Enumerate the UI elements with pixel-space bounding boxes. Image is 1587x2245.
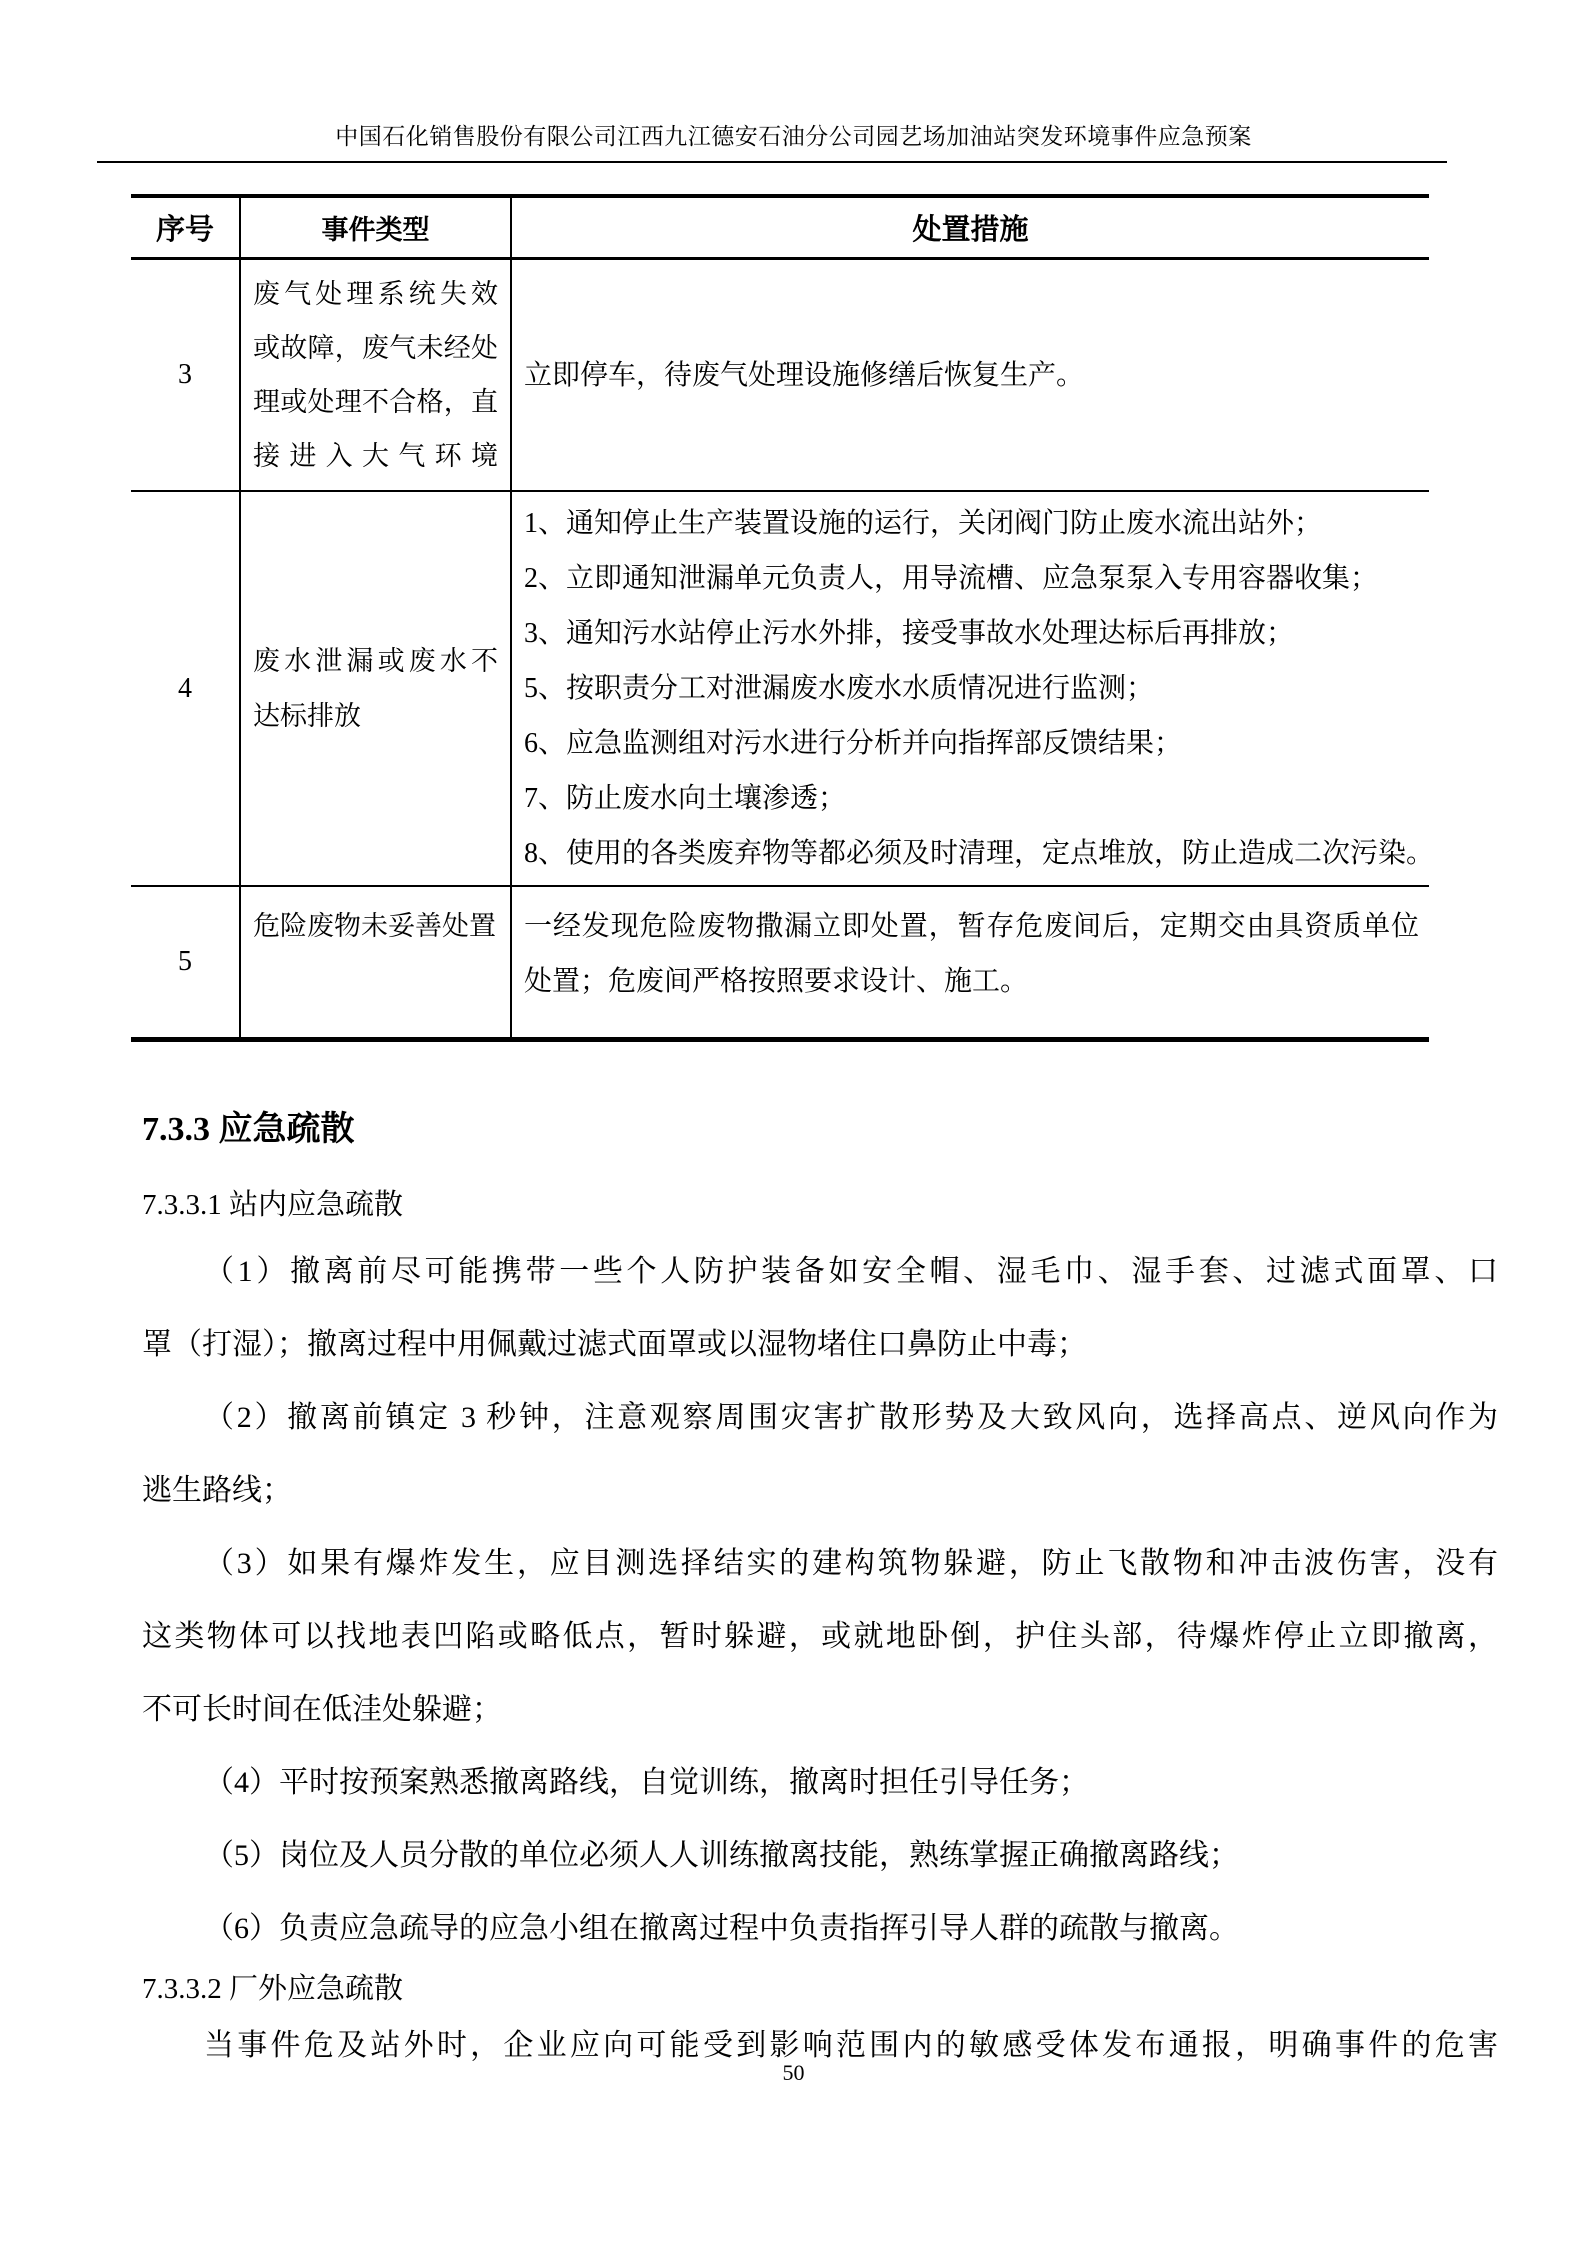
section-heading: 7.3.3 应急疏散 (142, 1108, 1498, 1152)
type-line: 或故障，废气未经处 (253, 321, 498, 375)
header-rule (97, 161, 1447, 163)
event-type-cell: 废水泄漏或废水不 达标排放 (241, 492, 512, 885)
type-line: 废气处理系统失效 (253, 267, 498, 321)
body-line: （1）撤离前尽可能携带一些个人防护装备如安全帽、湿毛巾、湿手套、过滤式面罩、口 (142, 1235, 1498, 1308)
running-header-title: 中国石化销售股份有限公司江西九江德安石油分公司园艺场加油站突发环境事件应急预案 (0, 118, 1587, 151)
body-line: 逃生路线； (142, 1454, 1498, 1527)
body-line: 这类物体可以找地表凹陷或略低点，暂时躲避，或就地卧倒，护住头部，待爆炸停止立即撤… (142, 1600, 1498, 1673)
type-line: 理或处理不合格，直 (253, 375, 498, 429)
table-row: 5 危险废物未妥善处置 一经发现危险废物撒漏立即处置，暂存危废间后，定期交由具资… (131, 885, 1429, 1037)
header-cell-no: 序号 (131, 198, 241, 257)
measure-line: 1、通知停止生产装置设施的运行，关闭阀门防止废水流出站外； (524, 496, 1419, 551)
measure-line: 5、按职责分工对泄漏废水废水水质情况进行监测； (524, 661, 1419, 716)
body-text-block: 7.3.3 应急疏散 7.3.3.1 站内应急疏散 （1）撤离前尽可能携带一些个… (142, 1108, 1498, 2082)
table-row: 4 废水泄漏或废水不 达标排放 1、通知停止生产装置设施的运行，关闭阀门防止废水… (131, 490, 1429, 885)
measure-line: 一经发现危险废物撒漏立即处置，暂存危废间后，定期交由具资质单位处置；危废间严格按… (524, 899, 1419, 1009)
row-number: 5 (131, 887, 241, 1037)
event-type-cell: 危险废物未妥善处置 (241, 887, 512, 1037)
header-cell-measure: 处置措施 (512, 198, 1429, 257)
measure-line: 8、使用的各类废弃物等都必须及时清理，定点堆放，防止造成二次污染。 (524, 826, 1419, 881)
measure-line: 6、应急监测组对污水进行分析并向指挥部反馈结果； (524, 716, 1419, 771)
table-row: 3 废气处理系统失效 或故障，废气未经处 理或处理不合格，直 接进入大气环境 立… (131, 260, 1429, 490)
measures-cell: 一经发现危险废物撒漏立即处置，暂存危废间后，定期交由具资质单位处置；危废间严格按… (512, 887, 1429, 1037)
measure-line: 7、防止废水向土壤渗透； (524, 771, 1419, 826)
type-line: 接进入大气环境 (253, 429, 498, 483)
body-line: （3）如果有爆炸发生，应目测选择结实的建构筑物躲避，防止飞散物和冲击波伤害，没有 (142, 1527, 1498, 1600)
table-header-row: 序号 事件类型 处置措施 (131, 198, 1429, 260)
body-line: （6）负责应急疏导的应急小组在撤离过程中负责指挥引导人群的疏散与撤离。 (142, 1892, 1498, 1965)
body-line: 罩（打湿）；撤离过程中用佩戴过滤式面罩或以湿物堵住口鼻防止中毒； (142, 1308, 1498, 1381)
event-type-cell: 废气处理系统失效 或故障，废气未经处 理或处理不合格，直 接进入大气环境 (241, 260, 512, 490)
measure-line: 立即停车，待废气处理设施修缮后恢复生产。 (524, 348, 1419, 403)
measure-line: 2、立即通知泄漏单元负责人，用导流槽、应急泵泵入专用容器收集； (524, 551, 1419, 606)
body-line: 不可长时间在低洼处躲避； (142, 1673, 1498, 1746)
document-page: 中国石化销售股份有限公司江西九江德安石油分公司园艺场加油站突发环境事件应急预案 … (0, 0, 1587, 2245)
page-number: 50 (0, 2060, 1587, 2086)
row-number: 4 (131, 492, 241, 885)
incident-measures-table: 序号 事件类型 处置措施 3 废气处理系统失效 或故障，废气未经处 理或处理不合… (131, 194, 1429, 1042)
measures-cell: 立即停车，待废气处理设施修缮后恢复生产。 (512, 260, 1429, 490)
body-line: （4）平时按预案熟悉撤离路线，自觉训练，撤离时担任引导任务； (142, 1746, 1498, 1819)
type-line: 危险废物未妥善处置 (253, 899, 498, 954)
subsection-title: 7.3.3.1 站内应急疏散 (142, 1185, 1498, 1225)
header-cell-type: 事件类型 (241, 198, 512, 257)
body-line: （2）撤离前镇定 3 秒钟，注意观察周围灾害扩散形势及大致风向，选择高点、逆风向… (142, 1381, 1498, 1454)
measure-line: 3、通知污水站停止污水外排，接受事故水处理达标后再排放； (524, 606, 1419, 661)
type-line: 达标排放 (253, 689, 498, 744)
measures-cell: 1、通知停止生产装置设施的运行，关闭阀门防止废水流出站外； 2、立即通知泄漏单元… (512, 492, 1429, 885)
type-line: 废水泄漏或废水不 (253, 634, 498, 689)
row-number: 3 (131, 260, 241, 490)
subsection-title: 7.3.3.2 厂外应急疏散 (142, 1969, 1498, 2009)
body-line: （5）岗位及人员分散的单位必须人人训练撤离技能，熟练掌握正确撤离路线； (142, 1819, 1498, 1892)
